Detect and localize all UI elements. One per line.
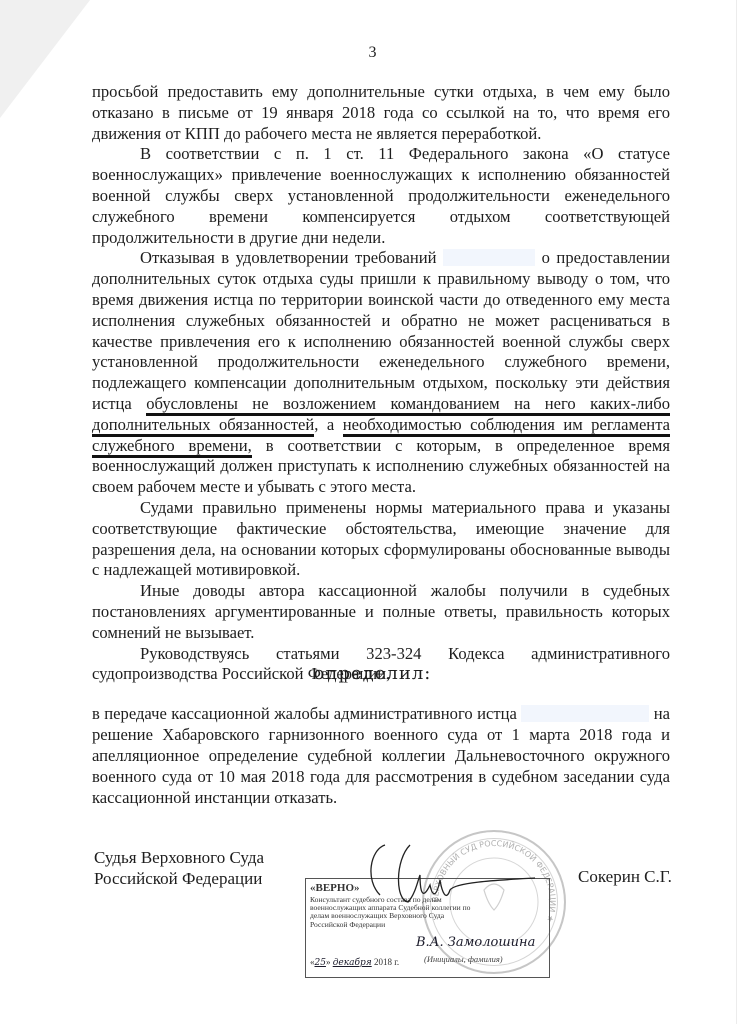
document-body: просьбой предоставить ему дополнительные…: [92, 82, 670, 685]
stamp-verno: «ВЕРНО»: [310, 882, 360, 894]
name-caption: (Инициалы, фамилия): [424, 954, 503, 964]
date-month: декабря: [333, 958, 372, 968]
judge-signature-icon: [360, 840, 540, 920]
text-segment: в передаче кассационной жалобы администр…: [92, 704, 517, 723]
paragraph: Судами правильно применены нормы материа…: [92, 498, 670, 581]
paragraph: В соответствии с п. 1 ст. 11 Федеральног…: [92, 144, 670, 248]
judge-title-line: Российской Федерации: [94, 868, 264, 889]
paragraph: Иные доводы автора кассационной жалобы п…: [92, 581, 670, 643]
decision-text: в передаче кассационной жалобы администр…: [92, 703, 670, 808]
decision-paragraph: в передаче кассационной жалобы администр…: [92, 703, 670, 808]
judge-name: Сокерин С.Г.: [578, 867, 672, 887]
paragraph-court-conclusion: Отказывая в удовлетворении требований о …: [92, 248, 670, 498]
paragraph: просьбой предоставить ему дополнительные…: [92, 82, 670, 144]
date-quote: »: [326, 957, 331, 967]
redacted-name: [521, 705, 649, 722]
page-edge: [736, 0, 737, 1024]
stamp-date: «25» декабря 2018 г.: [310, 957, 399, 968]
judge-title-line: Судья Верховного Суда: [94, 847, 264, 868]
handwritten-name: В.А. Замолошина: [416, 935, 535, 950]
redacted-name: [443, 249, 535, 266]
ruling-heading: определил:: [0, 663, 745, 684]
date-year: 2018 г.: [374, 957, 399, 967]
text-segment: Отказывая в удовлетворении требований: [140, 248, 437, 267]
text-segment: о предоставлении дополнительных суток от…: [92, 248, 670, 413]
date-day: 25: [315, 958, 326, 968]
judge-title: Судья Верховного Суда Российской Федерац…: [94, 847, 264, 889]
text-segment: , а: [314, 415, 334, 434]
page-number: 3: [0, 44, 745, 62]
